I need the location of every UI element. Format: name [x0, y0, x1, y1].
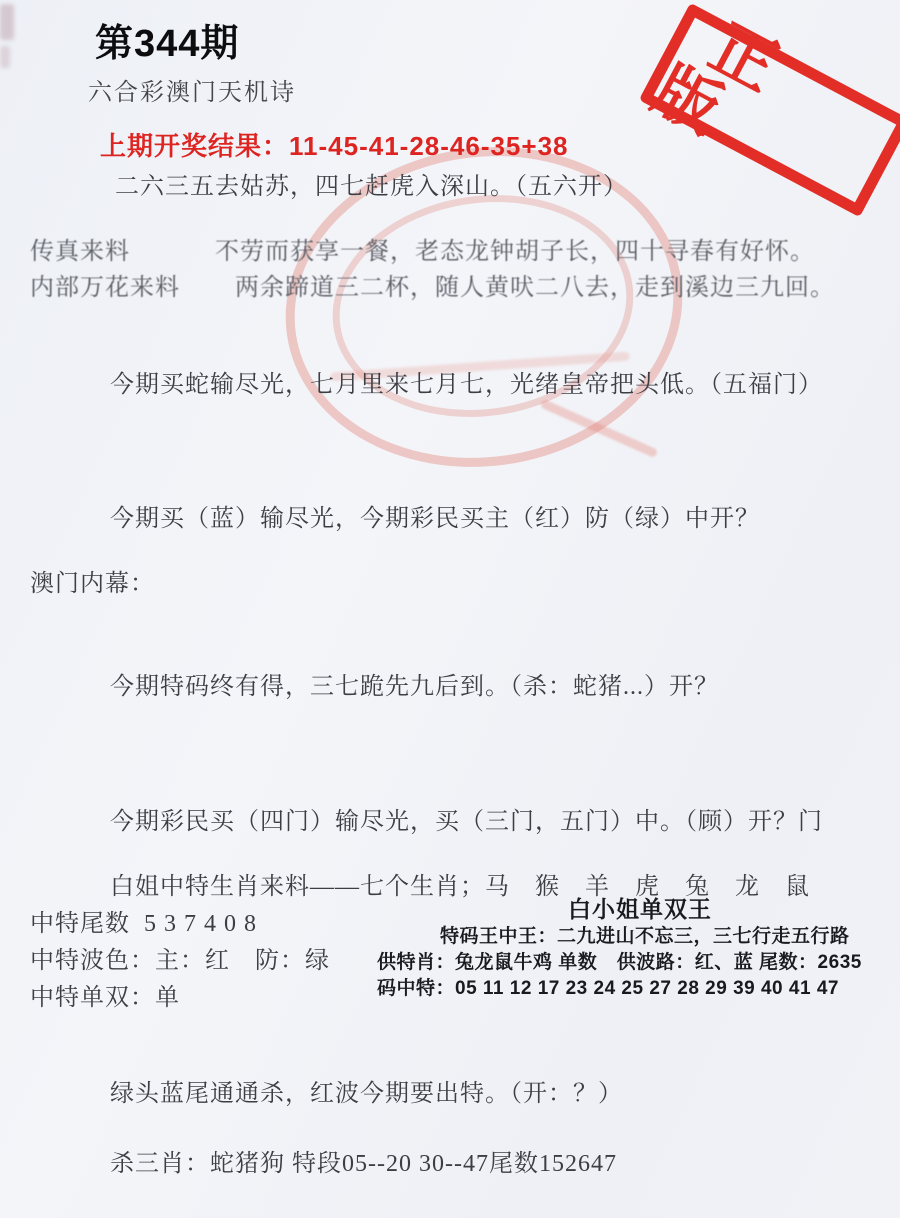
last-draw-numbers: 11-45-41-28-46-35+38: [289, 131, 568, 161]
stat-value: 单: [155, 985, 180, 1011]
stat-wave-color: 中特波色：主：红 防：绿: [30, 940, 330, 975]
scan-artifact: [0, 46, 10, 68]
poem-doors-line: 今期彩民买（四门）输尽光，买（三门，五门）中。（顾）开？门: [110, 801, 823, 836]
poem-kill-wave-line: 绿头蓝尾通通杀，红波今期要出特。（开：？）: [110, 1073, 623, 1108]
authentic-stamp: 正版: [639, 3, 900, 217]
issue-title: 第344期: [95, 12, 239, 67]
page-subtitle: 六合彩澳门天机诗: [88, 72, 296, 107]
right-box-king-line: 特码王中王：二九进山不忘三，三七行走五行路: [440, 921, 850, 948]
last-draw-label: 上期开奖结果：: [100, 131, 289, 161]
poem-line-1: 二六三五去姑苏，四七赶虎入深山。（五六开）: [115, 166, 628, 201]
poem-color-line: 今期买（蓝）输尽光，今期彩民买主（红）防（绿）中开？: [110, 498, 760, 533]
lottery-tip-sheet: 正版 第344期 六合彩澳门天机诗 上期开奖结果：11-45-41-28-46-…: [0, 0, 900, 1218]
authentic-stamp-text: 正版: [644, 0, 900, 220]
right-box-title: 白小姐单双王: [568, 891, 712, 924]
stat-label: 中特尾数: [30, 911, 130, 937]
macau-insider-label: 澳门内幕：: [30, 563, 155, 598]
scan-artifact: [0, 4, 14, 40]
right-box-code-numbers-line: 码中特：05 11 12 17 23 24 25 27 28 29 39 40 …: [377, 973, 839, 1000]
internal-source-label: 内部万花来料: [30, 267, 180, 302]
stat-tail-numbers: 中特尾数5 3 7 4 0 8: [30, 903, 257, 938]
fax-source-label: 传真来料: [30, 231, 130, 266]
internal-source-text: 两余蹄道三二杯，随人黄吠二八去，走到溪边三九回。: [235, 267, 835, 302]
right-box-zodiac-wave-line: 供特肖：兔龙鼠牛鸡 单数 供波路：红、蓝 尾数：2635: [377, 947, 862, 974]
poem-special-line: 今期特码终有得，三七跪先九后到。（杀：蛇猪...）开？: [110, 666, 719, 701]
stat-odd-even: 中特单双：单: [30, 977, 180, 1012]
poem-kill-three-line: 杀三肖：蛇猪狗 特段05--20 30--47尾数152647: [110, 1143, 617, 1178]
stat-value: 主：红 防：绿: [155, 948, 330, 974]
stat-label: 中特单双：: [30, 985, 155, 1011]
stat-value: 5 3 7 4 0 8: [144, 911, 257, 937]
last-draw-result: 上期开奖结果：11-45-41-28-46-35+38: [100, 126, 569, 163]
poem-wufu-line: 今期买蛇输尽光，七月里来七月七，光绪皇帝把头低。（五福门）: [110, 364, 823, 399]
fax-source-text: 不劳而获享一餐，老态龙钟胡子长，四十寻春有好怀。: [215, 231, 815, 266]
stat-label: 中特波色：: [30, 948, 155, 974]
